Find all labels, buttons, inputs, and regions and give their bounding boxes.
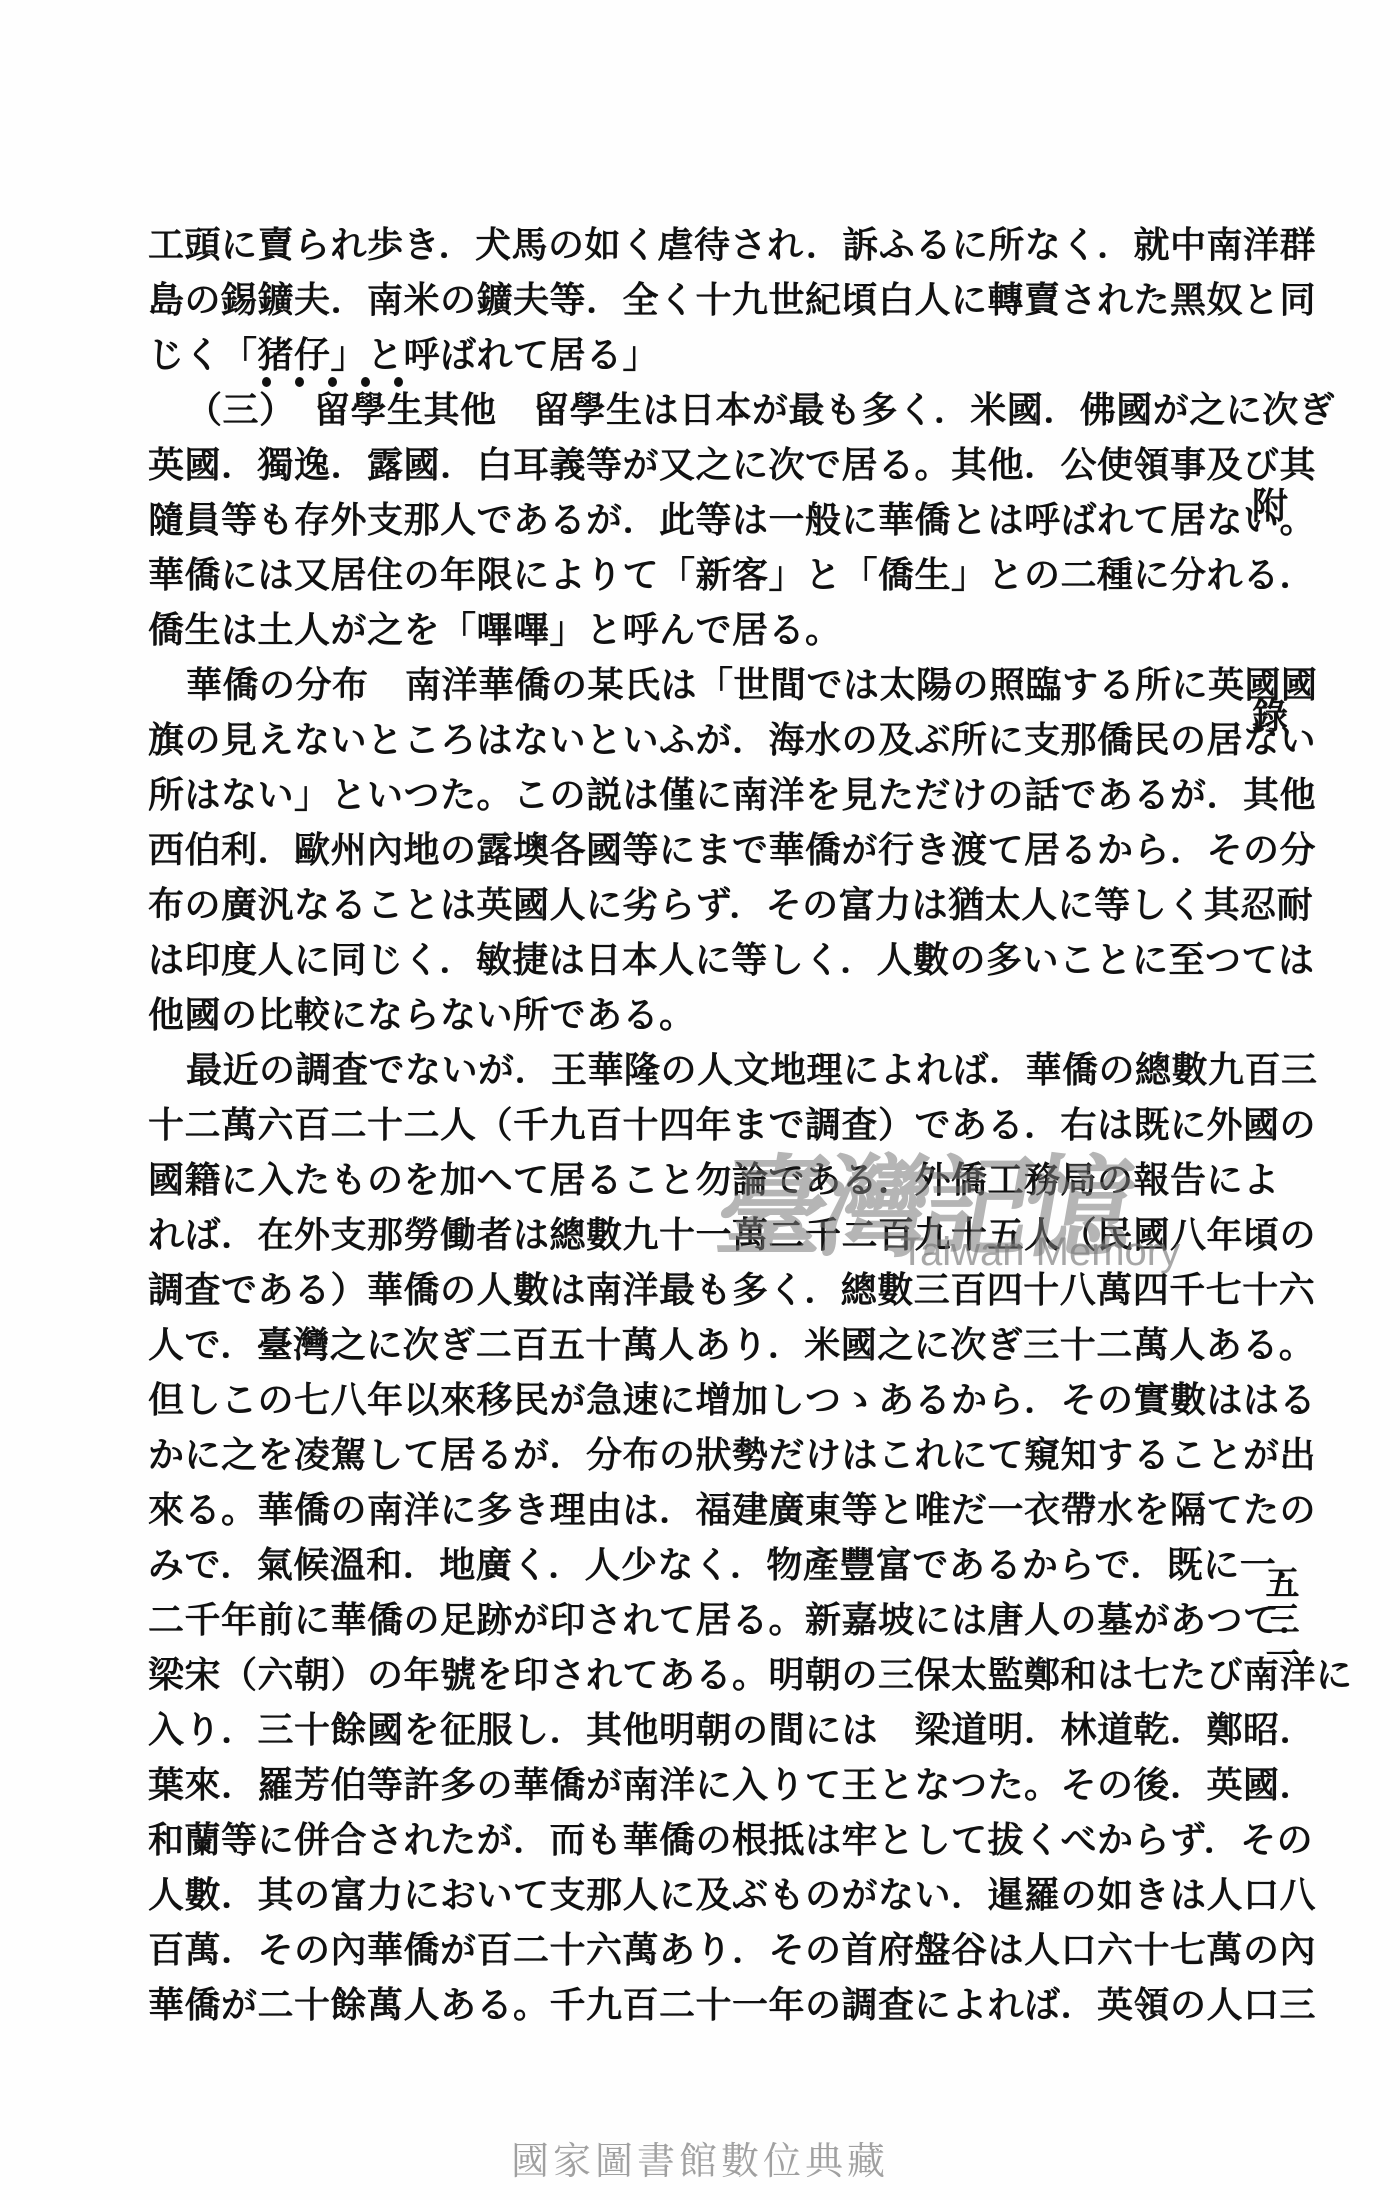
- text-line: 島の錫鑛夫．南米の鑛夫等．全く十九世紀頃白人に轉賣された黑奴と同: [148, 277, 1218, 332]
- text-line: 二千年前に華僑の足跡が印されて居る。新嘉坡には唐人の墓があつて．: [148, 1597, 1218, 1652]
- emphasis-dot-icon: [394, 377, 403, 387]
- text-line: 但しこの七八年以來移民が急速に增加しつゝあるから．その實數ははる: [148, 1377, 1218, 1432]
- text-line: かに之を凌駕して居るが．分布の狀勢だけはこれにて窺知することが出: [148, 1432, 1218, 1487]
- text-line: 所はない」といつた。この説は僅に南洋を見ただけの話であるが．其他: [148, 772, 1218, 827]
- text-line: 隨員等も存外支那人であるが．此等は一般に華僑とは呼ばれて居ない。: [148, 497, 1218, 552]
- text-line: 布の廣汎なることは英國人に劣らず．その富力は猶太人に等しく其忍耐: [148, 882, 1218, 937]
- emphasis-dot-icon: [295, 377, 304, 387]
- footer-library-credit: 國家圖書館數位典藏: [0, 2130, 1400, 2185]
- emphasis-dot-icon: [262, 377, 271, 387]
- text-line: 入り．三十餘國を征服し．其他明朝の間には 梁道明．林道乾．鄭昭．: [148, 1707, 1218, 1762]
- text-line: 他國の比較にならない所である。: [148, 992, 1218, 1047]
- emphasis-dot-icon: [328, 377, 337, 387]
- section-heading-line: 華僑の分布 南洋華僑の某氏は「世間では太陽の照臨する所に英國國: [148, 662, 1218, 717]
- body-text: 工頭に賣られ歩き．犬馬の如く虐待され．訴ふるに所なく．就中南洋群 島の錫鑛夫．南…: [148, 222, 1218, 2037]
- text-line: 華僑には又居住の年限によりて「新客」と「僑生」との二種に分れる．: [148, 552, 1218, 607]
- text-line: 百萬．その內華僑が百二十六萬あり．その首府盤谷は人口六十七萬の內: [148, 1927, 1218, 1982]
- text-line: 十二萬六百二十二人（千九百十四年まで調査）である．右は既に外國の: [148, 1102, 1218, 1157]
- text-line: みで．氣候溫和．地廣く．人少なく．物產豐富であるからで．既に一．: [148, 1542, 1218, 1597]
- text-line: 英國．獨逸．露國．白耳義等が又之に次で居る。其他．公使領事及び其: [148, 442, 1218, 497]
- text-line: 和蘭等に併合されたが．而も華僑の根抵は牢として拔くべからず．その: [148, 1817, 1218, 1872]
- text-line: 來る。華僑の南洋に多き理由は．福建廣東等と唯だ一衣帶水を隔てたの: [148, 1487, 1218, 1542]
- scanned-book-page: 工頭に賣られ歩き．犬馬の如く虐待され．訴ふるに所なく．就中南洋群 島の錫鑛夫．南…: [0, 0, 1400, 2200]
- margin-label-appendix-1: 附: [1252, 478, 1288, 529]
- text-line: 西伯利．歐州內地の露墺各國等にまで華僑が行き渡て居るから．その分: [148, 827, 1218, 882]
- emphasis-dots: [262, 377, 403, 387]
- text-line: 旗の見えないところはないといふが．海水の及ぶ所に支那僑民の居ない: [148, 717, 1218, 772]
- text-line: 人で．臺灣之に次ぎ二百五十萬人あり．米國之に次ぎ三十二萬人ある。: [148, 1322, 1218, 1377]
- text-line: 葉來．羅芳伯等許多の華僑が南洋に入りて王となつた。その後．英國．: [148, 1762, 1218, 1817]
- text-line: 工頭に賣られ歩き．犬馬の如く虐待され．訴ふるに所なく．就中南洋群: [148, 222, 1218, 277]
- text-line: 調査である）華僑の人數は南洋最も多く．總數三百四十八萬四千七十六: [148, 1267, 1218, 1322]
- text-line: 人數．其の富力において支那人に及ぶものがない．暹羅の如きは人口八: [148, 1872, 1218, 1927]
- text-line: 華僑が二十餘萬人ある。千九百二十一年の調査によれば．英領の人口三: [148, 1982, 1218, 2037]
- text-line: 梁宋（六朝）の年號を印されてある。明朝の三保太監鄭和は七たび南洋に: [148, 1652, 1218, 1707]
- text-line: は印度人に同じく．敏捷は日本人に等しく．人數の多いことに至つては: [148, 937, 1218, 992]
- page-number: 五三一: [1255, 1565, 1304, 1673]
- margin-label-appendix-2: 錄: [1252, 688, 1288, 739]
- text-line: 僑生は土人が之を「嗶嗶」と呼んで居る。: [148, 607, 1218, 662]
- text-line: れば．在外支那勞働者は總數九十一萬二千二百九十五人（民國八年頃の: [148, 1212, 1218, 1267]
- section-heading-line: （三） 留學生其他 留學生は日本が最も多く．米國．佛國が之に次ぎ: [148, 387, 1218, 442]
- text-line: 國籍に入たものを加へて居ること勿論である．外僑工務局の報告によ: [148, 1157, 1218, 1212]
- paragraph-start-line: 最近の調査でないが．王華隆の人文地理によれば．華僑の總數九百三: [148, 1047, 1218, 1102]
- emphasis-dot-icon: [361, 377, 370, 387]
